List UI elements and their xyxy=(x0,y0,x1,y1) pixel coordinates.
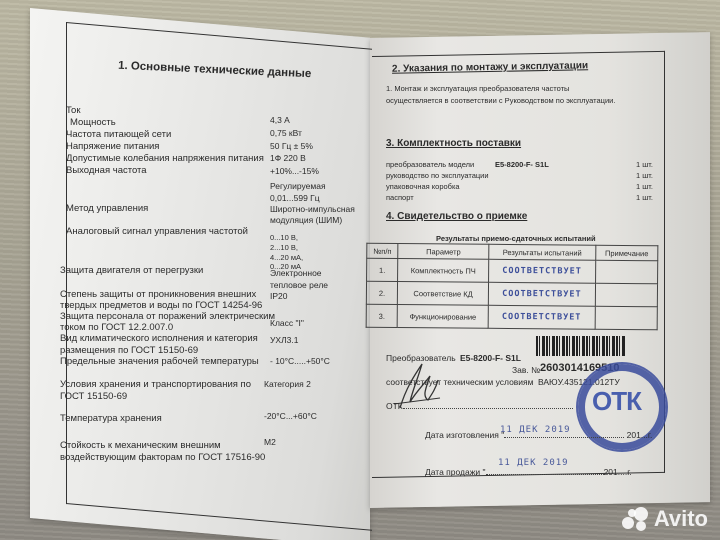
barcode xyxy=(536,336,626,356)
section-3-title: 3. Комплектность поставки xyxy=(386,138,521,150)
header-num: №п/п xyxy=(367,243,398,258)
section-2-line-1: 1. Монтаж и эксплуатация преобразователя… xyxy=(386,84,569,94)
serial-label: Зав. № xyxy=(512,364,540,376)
result-stamp: СООТВЕТСТВУЕТ xyxy=(502,266,582,277)
row-param: Комплектность ПЧ xyxy=(398,259,489,283)
avito-watermark: Avito xyxy=(622,506,708,532)
spec-value: 50 Гц ± 5% xyxy=(270,140,313,152)
spec-label: Допустимые колебания напряжения питания xyxy=(66,153,264,165)
spec-value: - 10°C.....+50°C xyxy=(270,355,330,367)
spec-label: Защита двигателя от перегрузки xyxy=(60,265,203,277)
spec-label: Метод управления xyxy=(66,203,148,215)
spec-label: Напряжение питания xyxy=(66,141,159,153)
kit-item-qty: 1 шт. xyxy=(636,171,653,181)
manufacture-date-label: Дата изготовления " xyxy=(425,430,504,440)
spec-value: IP20 xyxy=(270,290,288,302)
spec-value: 0,75 кВт xyxy=(270,127,302,139)
header-result: Результаты испытаний xyxy=(489,244,596,260)
kit-item-model: E5-8200-F- S1L xyxy=(495,160,549,170)
spec-label: Ток xyxy=(66,105,81,117)
results-table-row: 2.Соответствие КДСООТВЕТСТВУЕТ xyxy=(366,281,657,307)
row-note xyxy=(595,306,657,330)
row-result: СООТВЕТСТВУЕТ xyxy=(488,282,595,306)
signature-icon xyxy=(392,358,442,413)
spec-label: Стойкость к механическим внешним xyxy=(60,440,221,452)
kit-item-name: преобразователь модели xyxy=(386,160,474,170)
row-num: 1. xyxy=(367,258,398,281)
row-note xyxy=(595,260,657,284)
spec-value: Категория 2 xyxy=(264,378,311,390)
result-stamp: СООТВЕТСТВУЕТ xyxy=(502,312,582,323)
row-result: СООТВЕТСТВУЕТ xyxy=(489,259,596,283)
header-param: Параметр xyxy=(398,244,489,260)
spec-label: Температура хранения xyxy=(60,413,162,425)
section-2-line-2: осуществляется в соответствии с Руководс… xyxy=(386,96,615,106)
spec-value: Регулируемая xyxy=(270,180,326,192)
avito-brand-text: Avito xyxy=(654,506,708,532)
spec-value: 0...10 В, xyxy=(270,233,298,243)
spec-value: УХЛ3.1 xyxy=(270,334,298,346)
row-num: 2. xyxy=(366,281,397,304)
spec-value: -20°C...+60°C xyxy=(264,410,317,422)
row-note xyxy=(595,283,657,307)
results-table-row: 3.ФункционированиеСООТВЕТСТВУЕТ xyxy=(366,304,657,330)
spec-value: 2...10 В, xyxy=(270,243,298,253)
converter-model: E5-8200-F- S1L xyxy=(460,352,521,364)
spec-value: M2 xyxy=(264,436,276,448)
row-param: Соответствие КД xyxy=(397,282,488,306)
sale-date-label: Дата продажи " xyxy=(425,467,486,477)
section-4-title: 4. Свидетельство о приемке xyxy=(386,211,527,223)
spec-label: воздействующим факторам по ГОСТ 17516-90 xyxy=(60,452,265,464)
manufacture-date-stamp: 11 ДЕК 2019 xyxy=(500,425,571,435)
manufacture-date-line xyxy=(504,437,624,438)
spec-label: Аналоговый сигнал управления частотой xyxy=(66,226,248,238)
spec-label: Вид климатического исполнения и категори… xyxy=(60,333,258,345)
spec-label: Предельные значения рабочей температуры xyxy=(60,356,259,368)
kit-item-qty: 1 шт. xyxy=(636,182,653,192)
sale-date-line xyxy=(486,474,604,475)
result-stamp: СООТВЕТСТВУЕТ xyxy=(502,289,582,300)
spec-value: Электронное xyxy=(270,267,322,279)
spec-value: Класс "I" xyxy=(270,317,304,329)
spec-value: модуляция (ШИМ) xyxy=(270,214,342,226)
results-table: №п/п Параметр Результаты испытаний Приме… xyxy=(366,243,659,331)
sale-date-suffix: 201....г. xyxy=(604,467,632,477)
spec-label: Частота питающей сети xyxy=(66,129,171,141)
kit-item-name: паспорт xyxy=(386,193,414,203)
spec-value: 4,3 А xyxy=(270,114,290,126)
row-num: 3. xyxy=(366,304,397,327)
spec-value: 1Ф 220 В xyxy=(270,152,306,164)
row-param: Функционирование xyxy=(397,305,488,329)
kit-item-qty: 1 шт. xyxy=(636,193,653,203)
kit-item-name: упаковочная коробка xyxy=(386,182,460,192)
spec-label: Мощность xyxy=(70,117,116,129)
results-table-row: 1.Комплектность ПЧСООТВЕТСТВУЕТ xyxy=(367,258,658,284)
sale-date-stamp: 11 ДЕК 2019 xyxy=(498,458,569,468)
kit-item-qty: 1 шт. xyxy=(636,160,653,170)
spec-label: Выходная частота xyxy=(66,165,147,177)
spec-value: +10%...-15% xyxy=(270,165,319,177)
spec-label: ГОСТ 15150-69 xyxy=(60,391,127,403)
avito-logo-icon xyxy=(622,507,650,531)
results-table-title: Результаты приемо-сдаточных испытаний xyxy=(436,234,596,244)
spec-label: Условия хранения и транспортирования по xyxy=(60,379,251,391)
row-result: СООТВЕТСТВУЕТ xyxy=(488,305,595,329)
otk-stamp-text: ОТК xyxy=(592,386,641,417)
header-note: Примечание xyxy=(596,245,658,261)
manufacture-date-suffix: 201...г. xyxy=(627,430,653,440)
kit-item-name: руководство по эксплуатации xyxy=(386,171,489,181)
